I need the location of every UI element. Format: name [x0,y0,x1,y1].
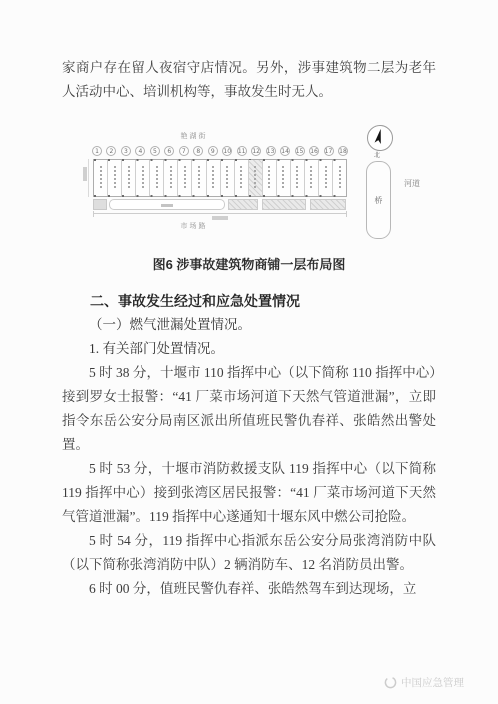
body-paragraph-4: 6 时 00 分，值班民警仇春祥、张皓然驾车到达现场，立 [62,577,436,601]
unit-number-circle: 8 [193,146,203,156]
shop-unit-bay [291,160,305,196]
canopy-block-3 [310,199,346,210]
report-page: 家商户存在留人夜宿守店情况。另外，涉事建筑物二层为老年人活动中心、培训机构等，事… [0,0,498,704]
shop-unit-bay [305,160,319,196]
body-paragraph-3: 5 时 54 分，119 指挥中心指派东岳公安分局张湾消防中队（以下简称张湾消防… [62,529,436,577]
unit-number-circle: 15 [295,146,305,156]
awning-strip [109,199,225,210]
bottom-dimension-label [212,216,228,220]
section-heading: 二、事故发生经过和应急处置情况 [62,289,436,313]
unit-number-row: 123456789101112131415161718 [92,146,348,156]
compass-circle [367,125,393,151]
shop-unit-bay [192,160,206,196]
unit-number-circle: 2 [106,146,116,156]
emergency-logo-icon [384,676,397,689]
unit-number-circle: 18 [338,146,348,156]
shop-unit-bay [164,160,178,196]
shop-unit-bay [122,160,136,196]
shop-unit-bay [178,160,192,196]
shop-unit-bay [136,160,150,196]
canopy-block-2 [262,199,306,210]
bridge-label: 桥 [375,195,383,206]
river-label: 河道 [404,179,420,189]
shop-unit-bay [249,160,263,196]
street-label-top: 艳湖街 [0,131,388,141]
shop-unit-bay [221,160,235,196]
unit-number-circle: 17 [324,146,334,156]
unit-number-circle: 14 [280,146,290,156]
shop-unit-bay [319,160,333,196]
watermark-text: 中国应急管理 [401,675,464,690]
body-paragraph-2: 5 时 53 分，十堰市消防救援支队 119 指挥中心（以下简称 119 指挥中… [62,457,436,529]
body-paragraph-1: 5 时 38 分，十堰市 110 指挥中心（以下简称 110 指挥中心）接到罗女… [62,361,436,457]
shop-unit-bay [333,160,346,196]
watermark: 中国应急管理 [384,675,464,690]
north-label: 北 [374,151,380,161]
shop-unit-bay [277,160,291,196]
road-label-bottom: 市场路 [0,221,388,231]
annex-block [93,199,107,210]
unit-number-circle: 16 [309,146,319,156]
shop-unit-bay [94,160,108,196]
shop-unit-bay [263,160,277,196]
canopy-block-1 [228,199,258,210]
shop-unit-bay [235,160,249,196]
unit-number-circle: 10 [222,146,232,156]
left-dimension-label [83,167,87,181]
bridge-shape: 桥 [366,161,391,239]
unit-number-circle: 12 [251,146,261,156]
figure-caption: 图6 涉事故建筑物商铺一层布局图 [0,255,498,275]
unit-number-circle: 7 [179,146,189,156]
subsubsection-heading: 1. 有关部门处置情况。 [62,337,436,361]
unit-number-circle: 5 [150,146,160,156]
north-arrow-icon [366,124,392,150]
floorplan-figure: 艳湖街 123456789101112131415161718 市场路 北 桥 … [0,117,498,245]
subsection-heading: （一）燃气泄漏处置情况。 [62,313,436,337]
bottom-dimension-line [93,213,347,214]
left-dimension-line [88,159,89,197]
unit-number-circle: 9 [208,146,218,156]
unit-number-circle: 11 [237,146,247,156]
shop-unit-bay [207,160,221,196]
shop-unit-bay [108,160,122,196]
unit-number-circle: 3 [121,146,131,156]
unit-number-circle: 13 [266,146,276,156]
intro-paragraph: 家商户存在留人夜宿守店情况。另外，涉事建筑物二层为老年人活动中心、培训机构等，事… [62,56,436,104]
unit-number-circle: 1 [92,146,102,156]
unit-number-circle: 6 [164,146,174,156]
shop-unit-bay [150,160,164,196]
shop-strip [93,159,347,197]
unit-number-circle: 4 [135,146,145,156]
